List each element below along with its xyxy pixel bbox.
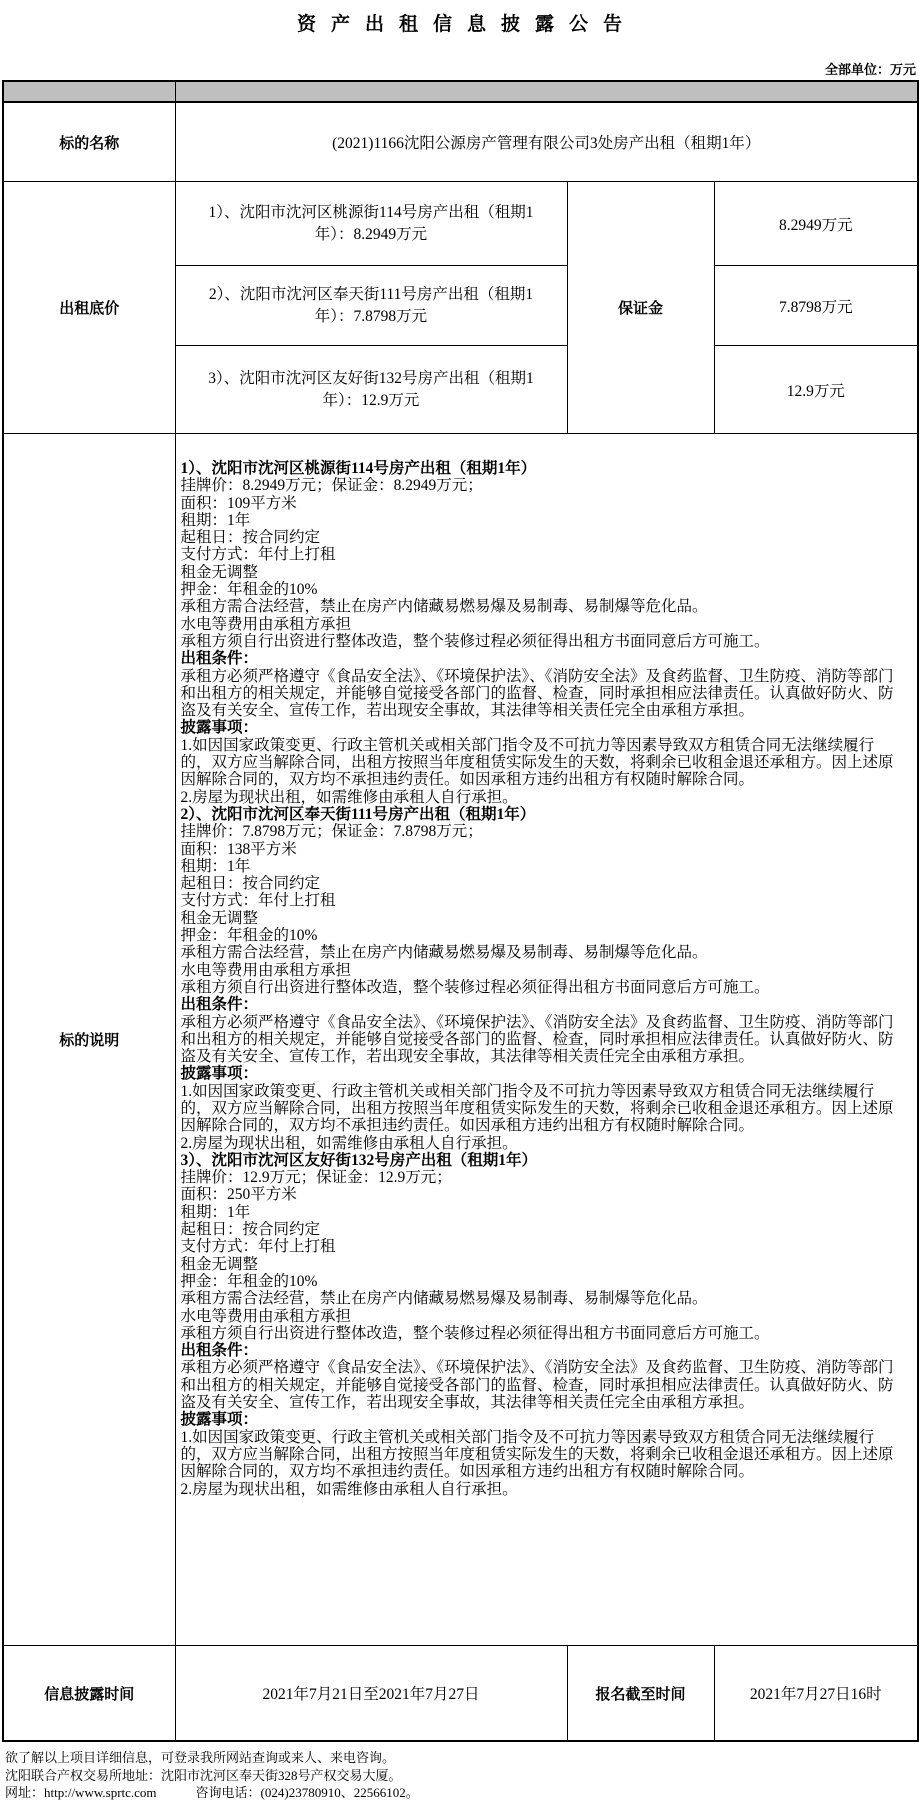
deposit-label: 保证金 [567,182,714,434]
disclosure-item: 2.房屋为现状出租，如需维修由承租人自行承担。 [181,1481,904,1498]
description-line: 承租方须自行出资进行整体改造，整个装修过程必须征得出租方书面同意后方可施工。 [181,979,904,996]
description-line: 面积：138平方米 [181,841,904,858]
section-heading: 1）、沈阳市沈河区桃源街114号房产出租（租期1年） [181,460,904,477]
description-line: 承租方需合法经营，禁止在房产内储藏易燃易爆及易制毒、易制爆等危化品。 [181,598,904,615]
description-line: 水电等费用由承租方承担 [181,962,904,979]
description-line: 挂牌价：7.8798万元；保证金：7.8798万元； [181,823,904,840]
description-line: 支付方式：年付上打租 [181,546,904,563]
description-line: 水电等费用由承租方承担 [181,616,904,633]
disclosure-item: 1.如因国家政策变更、行政主管机关或相关部门指令及不可抗力等因素导致双方租赁合同… [181,1083,904,1135]
disclosure-label: 披露事项： [181,1411,904,1428]
conditions-label: 出租条件： [181,1342,904,1359]
registration-deadline-value: 2021年7月27日16时 [714,1646,918,1742]
disclosure-item: 1.如因国家政策变更、行政主管机关或相关部门指令及不可抗力等因素导致双方租赁合同… [181,1429,904,1481]
description-line: 租期：1年 [181,858,904,875]
subject-description-label: 标的说明 [3,434,175,1646]
conditions-text: 承租方必须严格遵守《食品安全法》、《环境保护法》、《消防安全法》及食药监督、卫生… [181,1359,904,1411]
description-section: 1）、沈阳市沈河区桃源街114号房产出租（租期1年） 挂牌价：8.2949万元；… [181,460,904,806]
base-price-row-1: 出租底价 1）、沈阳市沈河区桃源街114号房产出租（租期1年）：8.2949万元… [3,182,918,266]
description-line: 租期：1年 [181,512,904,529]
header-cell-left [3,81,175,102]
description-line: 押金：年租金的10% [181,581,904,598]
subject-description-row: 标的说明 1）、沈阳市沈河区桃源街114号房产出租（租期1年） 挂牌价：8.29… [3,434,918,1646]
disclosure-time-label: 信息披露时间 [3,1646,175,1742]
footer: 欲了解以上项目详细信息，可登录我所网站查询或来人、来电咨询。 沈阳联合产权交易所… [0,1742,919,1802]
base-price-label: 出租底价 [3,182,175,434]
description-line: 租金无调整 [181,1256,904,1273]
description-line: 面积：109平方米 [181,495,904,512]
description-line: 起租日：按合同约定 [181,1221,904,1238]
disclosure-time-value: 2021年7月21日至2021年7月27日 [175,1646,567,1742]
disclosure-label: 披露事项： [181,719,904,736]
section-heading: 3）、沈阳市沈河区友好街132号房产出租（租期1年） [181,1152,904,1169]
subject-name-label: 标的名称 [3,102,175,182]
description-line: 承租方需合法经营，禁止在房产内储藏易燃易爆及易制毒、易制爆等危化品。 [181,1290,904,1307]
description-line: 起租日：按合同约定 [181,875,904,892]
disclosure-item: 1.如因国家政策变更、行政主管机关或相关部门指令及不可抗力等因素导致双方租赁合同… [181,737,904,789]
footer-line: 网址：http://www.sprtc.com 咨询电话：(024)237809… [5,1784,919,1802]
table-header-row [3,81,918,102]
description-line: 挂牌价：12.9万元；保证金：12.9万元； [181,1169,904,1186]
disclosure-label: 披露事项： [181,1065,904,1082]
description-section: 2）、沈阳市沈河区奉天街111号房产出租（租期1年） 挂牌价：7.8798万元；… [181,806,904,1152]
description-line: 押金：年租金的10% [181,927,904,944]
subject-name-row: 标的名称 (2021)1166沈阳公源房产管理有限公司3处房产出租（租期1年） [3,102,918,182]
base-price-item: 1）、沈阳市沈河区桃源街114号房产出租（租期1年）：8.2949万元 [175,182,567,266]
description-line: 支付方式：年付上打租 [181,892,904,909]
subject-description-content: 1）、沈阳市沈河区桃源街114号房产出租（租期1年） 挂牌价：8.2949万元；… [175,434,918,1646]
description-line: 租金无调整 [181,564,904,581]
description-line: 面积：250平方米 [181,1186,904,1203]
section-heading: 2）、沈阳市沈河区奉天街111号房产出租（租期1年） [181,806,904,823]
disclosure-table: 标的名称 (2021)1166沈阳公源房产管理有限公司3处房产出租（租期1年） … [2,80,919,1742]
conditions-label: 出租条件： [181,650,904,667]
disclosure-item: 2.房屋为现状出租，如需维修由承租人自行承担。 [181,1135,904,1152]
description-line: 承租方须自行出资进行整体改造，整个装修过程必须征得出租方书面同意后方可施工。 [181,633,904,650]
deposit-value: 12.9万元 [714,346,918,434]
description-line: 挂牌价：8.2949万元；保证金：8.2949万元； [181,477,904,494]
conditions-text: 承租方必须严格遵守《食品安全法》、《环境保护法》、《消防安全法》及食药监督、卫生… [181,1014,904,1066]
registration-deadline-label: 报名截至时间 [567,1646,714,1742]
deposit-value: 8.2949万元 [714,182,918,266]
unit-note: 全部单位：万元 [0,36,919,80]
description-line: 水电等费用由承租方承担 [181,1308,904,1325]
base-price-item: 3）、沈阳市沈河区友好街132号房产出租（租期1年）：12.9万元 [175,346,567,434]
description-line: 租金无调整 [181,910,904,927]
conditions-label: 出租条件： [181,996,904,1013]
footer-line: 欲了解以上项目详细信息，可登录我所网站查询或来人、来电咨询。 [5,1749,919,1767]
header-cell-right [175,81,918,102]
disclosure-item: 2.房屋为现状出租，如需维修由承租人自行承担。 [181,789,904,806]
description-line: 押金：年租金的10% [181,1273,904,1290]
page-title: 资产出租信息披露公告 [0,0,919,36]
subject-name-value: (2021)1166沈阳公源房产管理有限公司3处房产出租（租期1年） [175,102,918,182]
deposit-value: 7.8798万元 [714,266,918,346]
time-row: 信息披露时间 2021年7月21日至2021年7月27日 报名截至时间 2021… [3,1646,918,1742]
description-line: 支付方式：年付上打租 [181,1238,904,1255]
description-line: 起租日：按合同约定 [181,529,904,546]
footer-line: 沈阳联合产权交易所地址：沈阳市沈河区奉天街328号产权交易大厦。 [5,1767,919,1785]
description-line: 租期：1年 [181,1204,904,1221]
description-section: 3）、沈阳市沈河区友好街132号房产出租（租期1年） 挂牌价：12.9万元；保证… [181,1152,904,1498]
base-price-item: 2）、沈阳市沈河区奉天街111号房产出租（租期1年）：7.8798万元 [175,266,567,346]
description-line: 承租方须自行出资进行整体改造，整个装修过程必须征得出租方书面同意后方可施工。 [181,1325,904,1342]
conditions-text: 承租方必须严格遵守《食品安全法》、《环境保护法》、《消防安全法》及食药监督、卫生… [181,668,904,720]
description-line: 承租方需合法经营，禁止在房产内储藏易燃易爆及易制毒、易制爆等危化品。 [181,944,904,961]
